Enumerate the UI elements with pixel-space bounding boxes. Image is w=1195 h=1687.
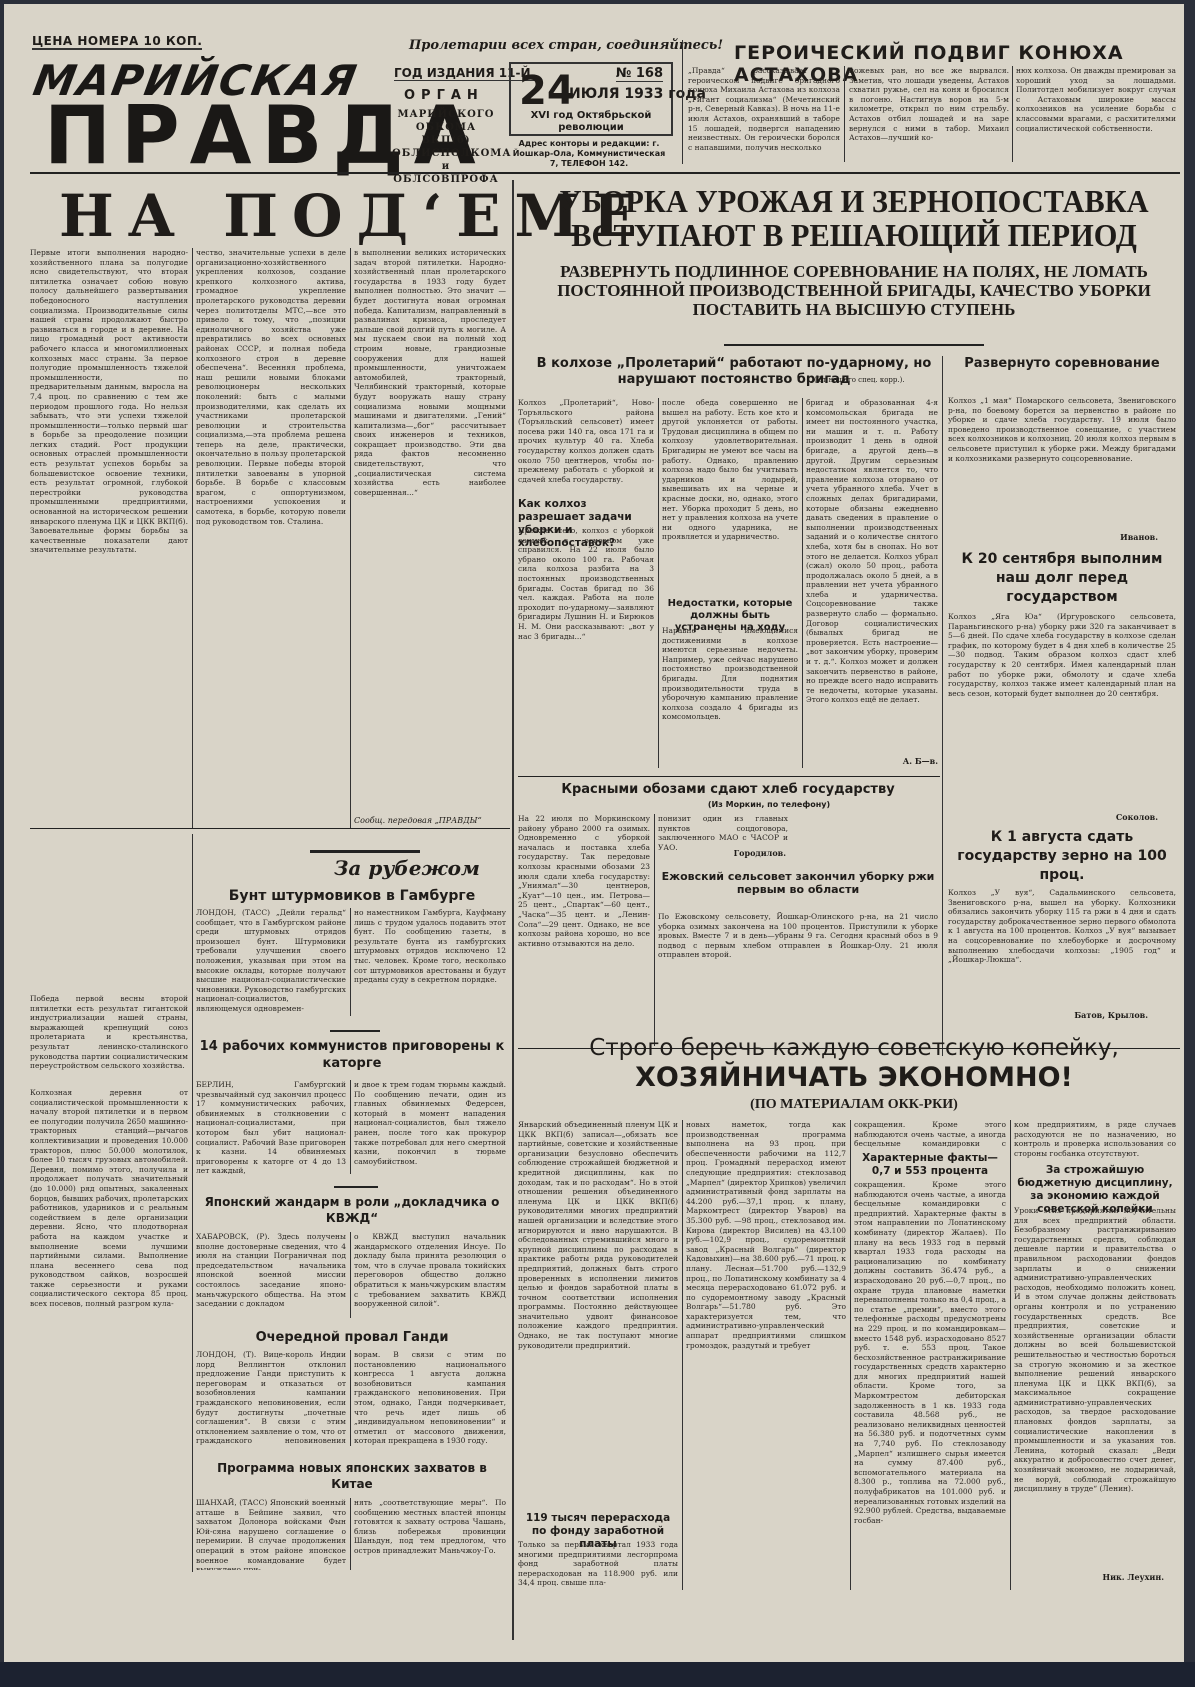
napodeme-credit: Сообщ. передовая „ПРАВДЫ“ <box>354 816 482 825</box>
masthead-rule <box>30 172 1180 174</box>
column-divider <box>654 814 655 1046</box>
ezhovsky-text: По Ежовскому сельсовету, Йошкар-Олинског… <box>658 912 938 1046</box>
k20sent-signature: Соколов. <box>948 812 1158 822</box>
section-rule <box>30 828 510 829</box>
column-divider <box>512 180 514 1640</box>
main-headline: УБОРКА УРОЖАЯ И ЗЕРНОПОСТАВКА ВСТУПАЮТ В… <box>541 184 1168 252</box>
astakhov-col1: „Правда“ рассказывает о героическом подв… <box>688 66 840 162</box>
column-divider <box>658 398 659 768</box>
main-subheadline: РАЗВЕРНУТЬ ПОДЛИННОЕ СОРЕВНОВАНИЕ НА ПОЛ… <box>524 262 1184 319</box>
bunt-headline: Бунт штурмовиков в Гамбурге <box>196 888 508 904</box>
proletariy-col1: Колхоз „Пролетарий“, Ново-Торъяльского р… <box>518 398 654 494</box>
k1avg-headline: К 1 августа сдать государству зерно на 1… <box>948 828 1176 885</box>
ekonomno-col3-intro: сокращения. Кроме этого наблюдаются очен… <box>854 1120 1006 1150</box>
gendarm-col1: ХАБАРОВСК, (Р). Здесь получены вполне до… <box>196 1232 346 1318</box>
kommunisty-headline: 14 рабочих коммунистов приговорены к кат… <box>196 1038 508 1072</box>
razvernuto-signature: Иванов. <box>948 532 1158 542</box>
k20sent-headline: К 20 сентября выполним наш долг перед го… <box>948 550 1176 607</box>
napodeme-col2: чество, значительные успехи в деле орган… <box>196 248 346 824</box>
issue-number: № 168 <box>616 66 663 82</box>
china-col1: ШАНХАЙ, (ТАСС) Японский военный атташе в… <box>196 1498 346 1570</box>
column-divider <box>350 1498 351 1570</box>
slogan: Пролетарии всех стран, соединяйтесь! <box>409 38 723 53</box>
kommunisty-col1: БЕРЛИН, Гамбургский чрезвычайный суд зак… <box>196 1080 346 1174</box>
gandi-col2: ворам. В связи с этим по постановлению н… <box>354 1350 506 1446</box>
proletariy-col2: после обеда совершенно не вышел на работ… <box>662 398 798 548</box>
razvernuto-headline: Развернуто соревнование <box>948 356 1176 372</box>
ekonomno-subheadline: (ПО МАТЕРИАЛАМ ОКК-РКИ) <box>524 1097 1184 1113</box>
ekonomno-headline-line2: ХОЗЯЙНИЧАТЬ ЭКОНОМНО! <box>524 1063 1184 1092</box>
victory-text: Победа первой весны второй пятилетки ест… <box>30 994 188 1084</box>
newspaper-page: ЦЕНА НОМЕРА 10 КОП. МАРИЙСКАЯ ПРАВДА Про… <box>4 4 1184 1666</box>
gendarm-col2: о КВЖД выступил начальник жандармского о… <box>354 1232 506 1318</box>
column-divider <box>350 1232 351 1318</box>
china-col2: нять „соответствующие меры“. По сообщени… <box>354 1498 506 1570</box>
section-rule <box>334 1186 378 1188</box>
column-divider <box>1010 1120 1011 1590</box>
date-month-year: ИЮЛЯ 1933 года <box>569 86 706 102</box>
ekonomno-subhead-fakty: Характерные факты—0,7 и 553 процента <box>854 1152 1006 1178</box>
column-divider <box>844 66 845 162</box>
column-divider <box>350 908 351 1016</box>
column-divider <box>682 1120 683 1590</box>
column-divider <box>682 40 683 164</box>
proletariy-col1b: Прежде всего, колхоз с уборкой озимых в … <box>518 526 654 766</box>
ekonomno-col4b: Уроки этих предприятий поучительны для в… <box>1014 1206 1176 1570</box>
napodeme-col3: в выполнении великих исторических задач … <box>354 248 506 813</box>
k1avg-signature: Батов, Крылов. <box>948 1010 1148 1020</box>
foreign-section-title: За рубежом <box>334 856 480 880</box>
proletariy-col2b: Наравне с имеющимися достижениями в колх… <box>662 626 798 766</box>
column-divider <box>192 248 193 828</box>
ekonomno-col1: Январский объединенный пленум ЦК и ЦКК В… <box>518 1120 678 1512</box>
column-divider <box>350 1080 351 1174</box>
organ-label: ОРГАН <box>404 88 484 103</box>
krasnye-obozy-text: На 22 июля по Моркинскому району убрано … <box>518 814 650 1046</box>
bunt-col1: ЛОНДОН, (ТАСС) „Дейли геральд“ сообщает,… <box>196 908 346 1016</box>
gandi-headline: Очередной провал Ганди <box>196 1330 508 1345</box>
headline-rule <box>724 344 984 346</box>
revolution-year: XVI год Октябрьской революции <box>511 110 671 134</box>
issue-price: ЦЕНА НОМЕРА 10 КОП. <box>32 34 202 50</box>
krasnye-obozy-headline: Красными обозами сдают хлеб государству <box>518 782 938 797</box>
organ-of: МАРИЙСКОГО ОБКОМА ВКП(б) ОБЛИСПОЛКОМА и … <box>392 108 500 186</box>
proletariy-col3: бригад и образованная 4-я комсомольская … <box>806 398 938 753</box>
section-rule <box>518 776 940 777</box>
column-divider <box>192 834 193 1572</box>
ekonomno-signature: Ник. Леухин. <box>1014 1572 1164 1582</box>
column-divider <box>942 356 943 1056</box>
date-box: 24 № 168 ИЮЛЯ 1933 года XVI год Октябрьс… <box>509 62 673 136</box>
proletariy-signature: А. Б—в. <box>806 756 938 766</box>
proletariy-byline: (От нашего спец. корр.). <box>814 376 905 384</box>
k1avg-text: Колхоз „У вуя“, Садальминского сельсовет… <box>948 888 1176 1008</box>
gandi-col1: ЛОНДОН, (Т). Вице-король Индии лорд Велл… <box>196 1350 346 1446</box>
column-divider <box>850 1120 851 1590</box>
column-divider <box>350 1350 351 1446</box>
ekonomno-col4: ком предприятиям, в ряде случаев расходу… <box>1014 1120 1176 1160</box>
column-divider <box>1012 66 1013 162</box>
kolkhoz-text: Колхозная деревня от социалистической пр… <box>30 1088 188 1570</box>
china-headline: Программа новых японских захватов в Кита… <box>196 1460 508 1492</box>
ekonomno-headline: Строго беречь каждую советскую копейку, … <box>524 1034 1184 1092</box>
astakhov-col3: нюх колхоза. Он дважды премирован за хор… <box>1016 66 1176 162</box>
krasnye-obozy-signature: Городилов. <box>658 848 786 858</box>
scan-background <box>0 1662 1195 1687</box>
k20sent-text: Колхоз „Яга Юа“ (Иргуровского сельсовета… <box>948 612 1176 808</box>
office-address: Адрес конторы и редакции: г. Йошкар-Ола,… <box>509 139 669 169</box>
ezhovsky-headline: Ежовский сельсовет закончил уборку ржи п… <box>658 870 938 896</box>
column-divider <box>802 398 803 768</box>
ekonomno-col3: сокращения. Кроме этого наблюдаются очен… <box>854 1180 1006 1590</box>
section-rule <box>310 850 420 853</box>
napodeme-col1: Первые итоги выполнения народно-хозяйств… <box>30 248 188 988</box>
date-day: 24 <box>519 68 575 114</box>
krasnye-obozy-col2: понизит один из главных пунктов соцдогов… <box>658 814 788 914</box>
kommunisty-col2: и двое к трем годам тюрьмы каждый. По со… <box>354 1080 506 1174</box>
ekonomno-col1b: Только за первый квартал 1933 года многи… <box>518 1540 678 1588</box>
bunt-col2: но наместником Гамбурга, Кауфману лишь с… <box>354 908 506 1016</box>
razvernuto-text: Колхоз „1 мая“ Помарского сельсовета, Зв… <box>948 396 1176 516</box>
gendarm-headline: Японский жандарм в роли „докладчика о КВ… <box>196 1194 508 1226</box>
krasnye-obozy-byline: (Из Моркин, по телефону) <box>604 800 934 809</box>
ekonomno-col2: новых наметок, тогда как производственна… <box>686 1120 846 1590</box>
column-divider <box>350 248 351 828</box>
ekonomno-headline-line1: Строго беречь каждую советскую копейку, <box>524 1034 1184 1063</box>
astakhov-col2: ножевых ран, но все же вырвался. Заметив… <box>849 66 1009 162</box>
section-rule <box>330 1030 380 1032</box>
